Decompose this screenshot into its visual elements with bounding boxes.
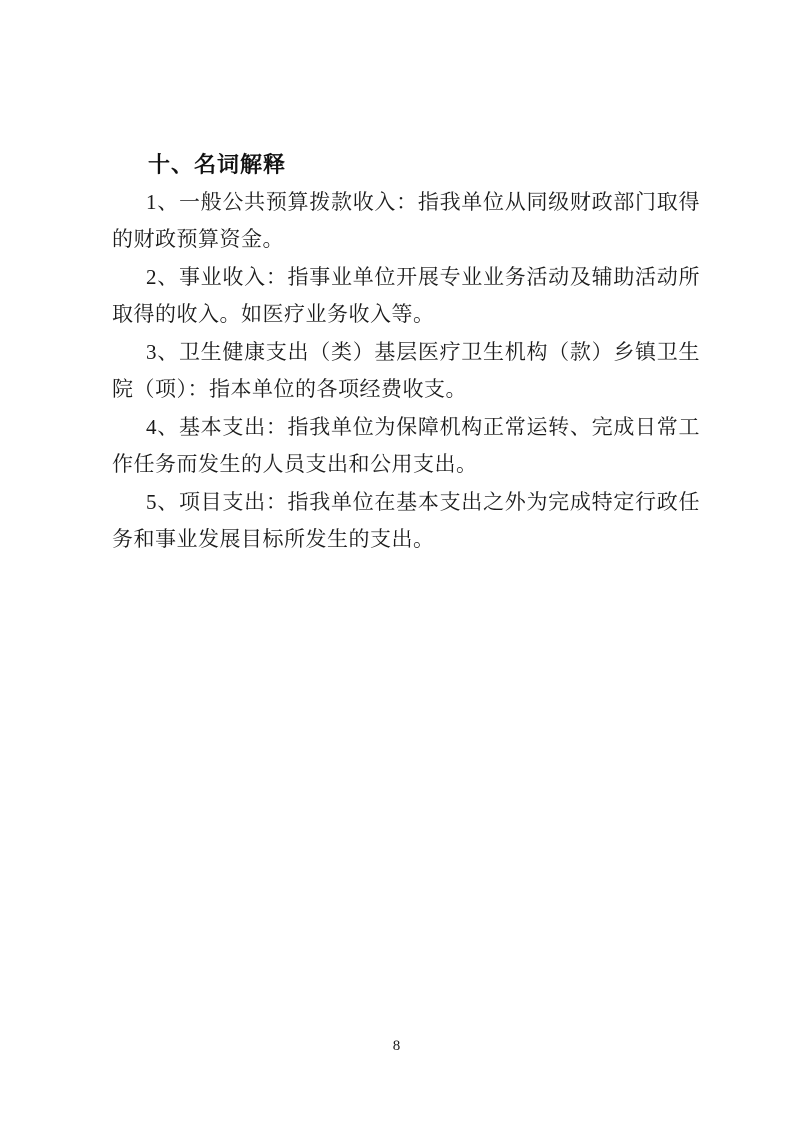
glossary-item-1: 1、一般公共预算拨款收入：指我单位从同级财政部门取得的财政预算资金。 [112, 184, 700, 259]
glossary-item-5: 5、项目支出：指我单位在基本支出之外为完成特定行政任务和事业发展目标所发生的支出… [112, 484, 700, 559]
glossary-item-3: 3、卫生健康支出（类）基层医疗卫生机构（款）乡镇卫生院（项）：指本单位的各项经费… [112, 334, 700, 409]
glossary-item-4: 4、基本支出：指我单位为保障机构正常运转、完成日常工作任务而发生的人员支出和公用… [112, 409, 700, 484]
glossary-section: 十、名词解释 1、一般公共预算拨款收入：指我单位从同级财政部门取得的财政预算资金… [112, 146, 700, 559]
page-footer: 8 [0, 1036, 793, 1056]
glossary-item-2: 2、事业收入：指事业单位开展专业业务活动及辅助活动所取得的收入。如医疗业务收入等… [112, 259, 700, 334]
page-number: 8 [393, 1038, 401, 1054]
document-page: 十、名词解释 1、一般公共预算拨款收入：指我单位从同级财政部门取得的财政预算资金… [0, 0, 793, 1122]
section-heading: 十、名词解释 [112, 146, 700, 184]
